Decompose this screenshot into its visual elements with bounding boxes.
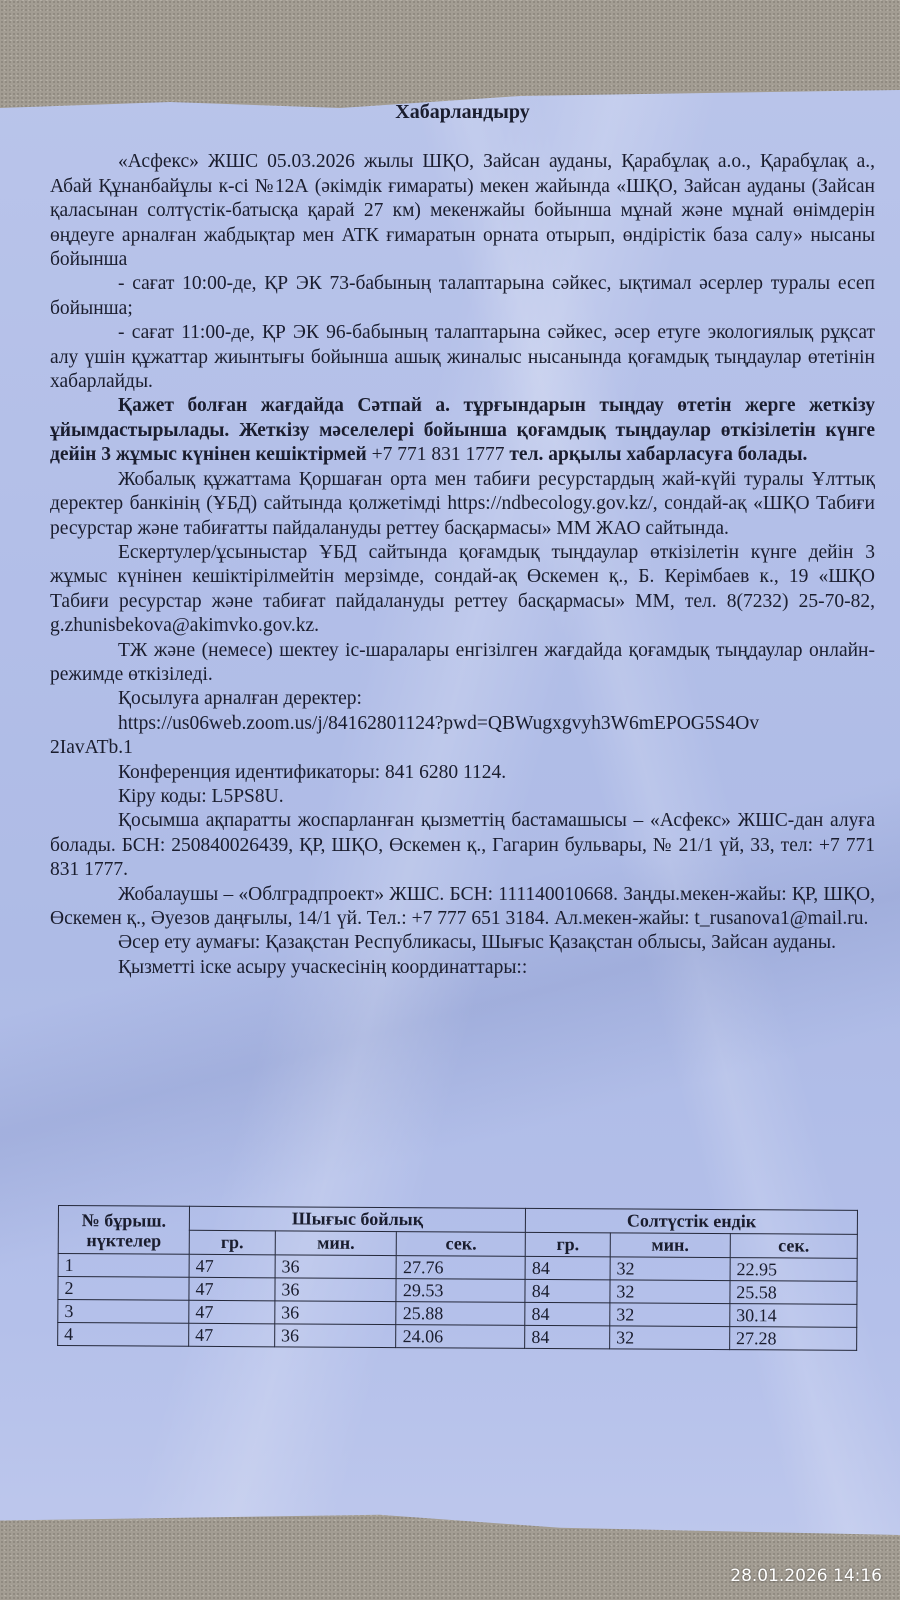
table-cell: 32 bbox=[610, 1326, 730, 1350]
announcement-document: Хабарландыру «Асфекс» ЖШС 05.03.2026 жыл… bbox=[50, 100, 875, 980]
corner-points-header: № бұрыш. нүктелер bbox=[58, 1206, 189, 1255]
table-cell: 3 bbox=[58, 1300, 189, 1324]
table-cell: 47 bbox=[189, 1300, 275, 1324]
east-longitude-header: Шығыс бойлық bbox=[189, 1206, 525, 1232]
table-cell: 1 bbox=[58, 1254, 189, 1278]
sub-header: гр. bbox=[525, 1232, 610, 1257]
designer-paragraph: Жобалаушы – «Облградпроект» ЖШС. БСН: 11… bbox=[50, 883, 875, 932]
sub-header: сек. bbox=[730, 1234, 857, 1259]
table-cell: 84 bbox=[525, 1256, 610, 1280]
sub-header: гр. bbox=[189, 1230, 275, 1255]
sub-header: сек. bbox=[397, 1232, 526, 1257]
document-title: Хабарландыру bbox=[50, 100, 875, 124]
passcode: Кіру коды: L5PS8U. bbox=[50, 785, 875, 809]
table-cell: 22.95 bbox=[730, 1258, 857, 1282]
connection-label: Қосылуға арналған деректер: bbox=[50, 687, 875, 711]
zoom-link[interactable]: https://us06web.zoom.us/j/84162801124?pw… bbox=[50, 712, 875, 736]
table-cell: 25.88 bbox=[396, 1302, 525, 1326]
table-cell: 47 bbox=[189, 1323, 275, 1347]
table-cell: 36 bbox=[275, 1324, 397, 1348]
table-row: 4473624.06843227.28 bbox=[58, 1323, 857, 1351]
table-cell: 47 bbox=[189, 1277, 275, 1301]
remarks-paragraph: Ескертулер/ұсыныстар ҰБД сайтында қоғамд… bbox=[50, 541, 875, 639]
table-cell: 4 bbox=[58, 1323, 189, 1347]
table-cell: 47 bbox=[189, 1254, 275, 1278]
table-cell: 32 bbox=[610, 1303, 730, 1327]
table-cell: 84 bbox=[525, 1302, 610, 1326]
photo-timestamp: 28.01.2026 14:16 bbox=[730, 1566, 882, 1586]
project-docs-paragraph: Жобалық құжаттама Қоршаған орта мен таби… bbox=[50, 468, 875, 541]
sub-header: мин. bbox=[275, 1231, 397, 1256]
table-cell: 32 bbox=[610, 1280, 730, 1304]
initiator-paragraph: Қосымша ақпаратты жоспарланған қызметтің… bbox=[50, 809, 875, 882]
hearing-item-1: - сағат 10:00-де, ҚР ЭК 73-бабының талап… bbox=[50, 272, 875, 321]
table-cell: 36 bbox=[275, 1278, 397, 1302]
transport-phone: +7 771 831 bbox=[372, 444, 461, 465]
transport-paragraph: Қажет болған жағдайда Сәтпай а. тұрғында… bbox=[50, 394, 875, 467]
zoom-link-continued[interactable]: 2IavATb.1 bbox=[50, 736, 875, 760]
table-cell: 36 bbox=[275, 1255, 397, 1279]
transport-end-text: тел. арқылы хабарласуға болады. bbox=[509, 444, 807, 465]
intro-paragraph: «Асфекс» ЖШС 05.03.2026 жылы ШҚО, Зайсан… bbox=[50, 150, 875, 272]
coordinates-label: Қызметті іске асыру учаскесінің координа… bbox=[50, 956, 875, 980]
sub-header: мин. bbox=[610, 1233, 730, 1258]
coordinates-table: № бұрыш. нүктелер Шығыс бойлық Солтүстік… bbox=[57, 1205, 858, 1351]
north-latitude-header: Солтүстік ендік bbox=[526, 1208, 858, 1234]
transport-phone-end: 1777 bbox=[465, 444, 504, 465]
table-cell: 32 bbox=[610, 1257, 730, 1281]
table-cell: 30.14 bbox=[730, 1304, 857, 1328]
table-cell: 25.58 bbox=[730, 1281, 857, 1305]
table-cell: 2 bbox=[58, 1277, 189, 1301]
table-cell: 27.28 bbox=[729, 1327, 856, 1351]
table-cell: 84 bbox=[525, 1279, 610, 1303]
table-cell: 24.06 bbox=[396, 1325, 525, 1349]
hearing-item-2: - сағат 11:00-де, ҚР ЭК 96-бабының талап… bbox=[50, 321, 875, 394]
table-cell: 29.53 bbox=[396, 1279, 525, 1303]
emergency-paragraph: ТЖ және (немесе) шектеу іс-шаралары енгі… bbox=[50, 639, 875, 688]
conference-id: Конференция идентификаторы: 841 6280 112… bbox=[50, 761, 875, 785]
table-cell: 27.76 bbox=[397, 1256, 526, 1280]
table-cell: 84 bbox=[525, 1325, 610, 1349]
impact-area-paragraph: Әсер ету аумағы: Қазақстан Республикасы,… bbox=[50, 931, 875, 955]
table-cell: 36 bbox=[275, 1301, 397, 1325]
